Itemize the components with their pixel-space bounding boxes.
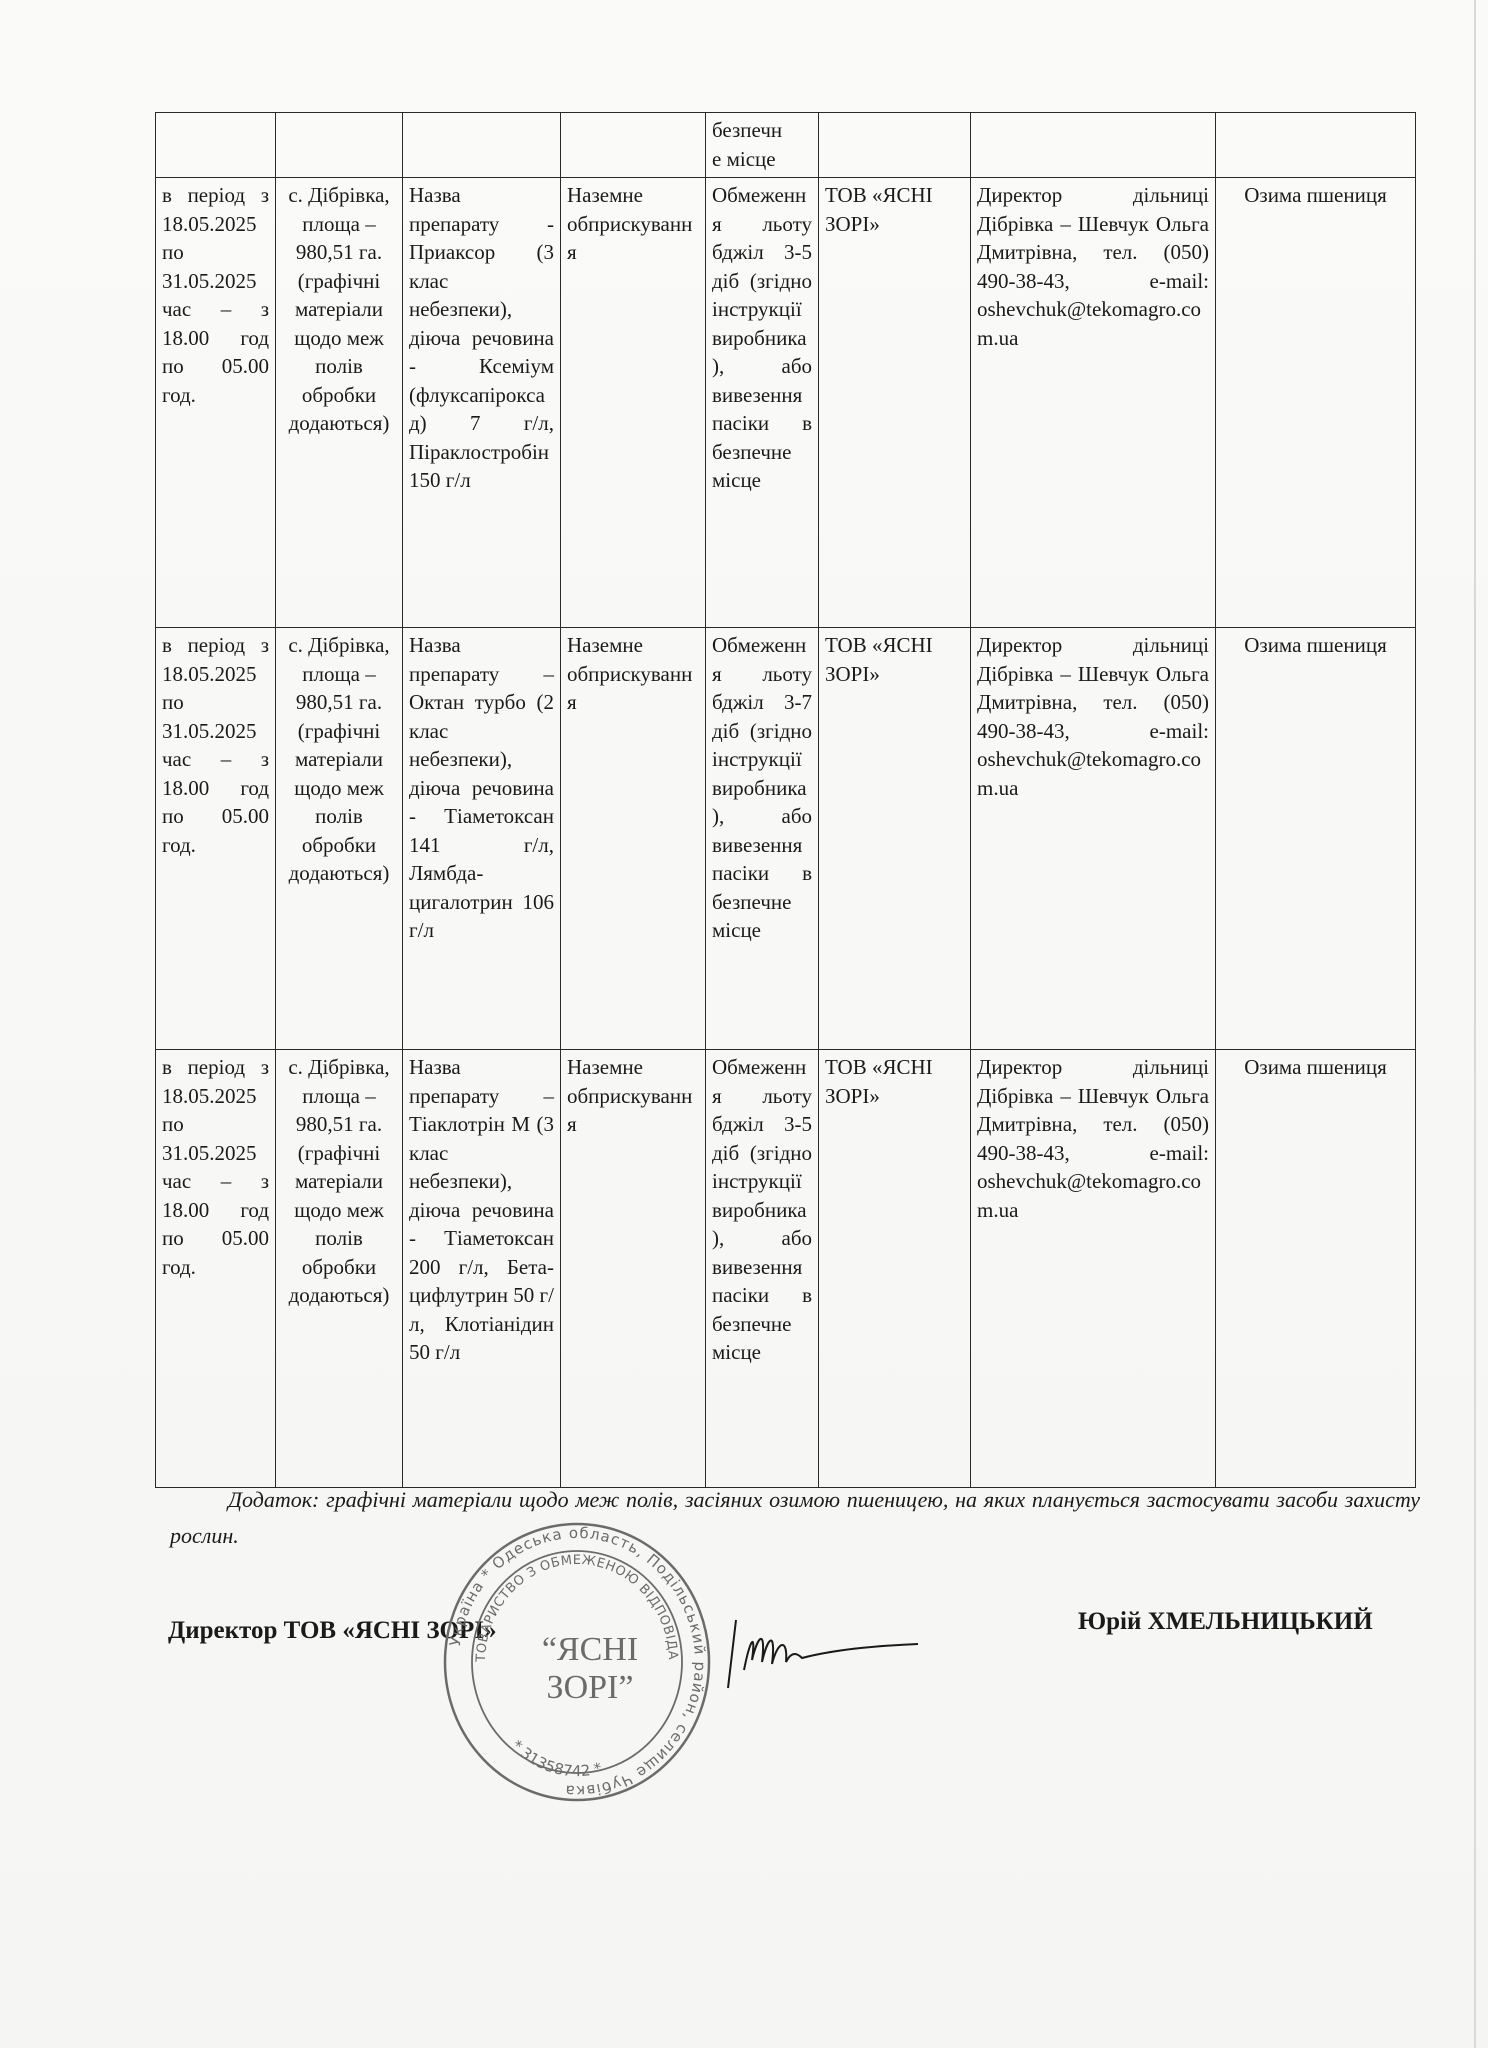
cell (403, 113, 561, 178)
restriction-cell: Обмеження льоту бджіл 3-5 діб (згідно ін… (706, 178, 819, 628)
restriction-cell: Обмеження льоту бджіл 3-5 діб (згідно ін… (706, 1050, 819, 1488)
cell (561, 113, 706, 178)
cell (819, 113, 971, 178)
signatory-name: Юрій ХМЕЛЬНИЦЬКИЙ (1078, 1608, 1373, 1636)
company-cell: ТОВ «ЯСНІ ЗОРІ» (819, 178, 971, 628)
preparation-cell: Назва препарату – Тіаклотрін М (3 клас н… (403, 1050, 561, 1488)
table-row: в період з 18.05.2025 по 31.05.2025 час … (156, 178, 1416, 628)
handwritten-signature-icon (722, 1610, 922, 1690)
table-row: в період з 18.05.2025 по 31.05.2025 час … (156, 628, 1416, 1050)
method-cell: Наземне обприскування (561, 628, 706, 1050)
crop-cell: Озима пшениця (1216, 1050, 1416, 1488)
crop-cell: Озима пшениця (1216, 178, 1416, 628)
svg-text:“ЯСНІ: “ЯСНІ (542, 1631, 638, 1668)
continuation-row: безпечн е місце (156, 113, 1416, 178)
cell (971, 113, 1216, 178)
location-cell: с. Дібрівка, площа – 980,51 га. (графічн… (276, 178, 403, 628)
method-cell: Наземне обприскування (561, 1050, 706, 1488)
company-cell: ТОВ «ЯСНІ ЗОРІ» (819, 1050, 971, 1488)
cell (1216, 113, 1416, 178)
period-cell: в період з 18.05.2025 по 31.05.2025 час … (156, 628, 276, 1050)
location-cell: с. Дібрівка, площа – 980,51 га. (графічн… (276, 628, 403, 1050)
period-cell: в період з 18.05.2025 по 31.05.2025 час … (156, 1050, 276, 1488)
cell (276, 113, 403, 178)
pesticide-application-table: безпечн е місце в період з 18.05.2025 по… (155, 112, 1416, 1488)
restriction-cell: Обмеження льоту бджіл 3-7 діб (згідно ін… (706, 628, 819, 1050)
cell: безпечн е місце (706, 113, 819, 178)
contact-cell: Директор дільниці Дібрівка – Шевчук Ольг… (971, 628, 1216, 1050)
svg-text:ЗОРІ”: ЗОРІ” (547, 1669, 634, 1706)
contact-cell: Директор дільниці Дібрівка – Шевчук Ольг… (971, 1050, 1216, 1488)
company-stamp-icon: Україна * Одеська область, Подільський р… (440, 1520, 715, 1805)
table-row: в період з 18.05.2025 по 31.05.2025 час … (156, 1050, 1416, 1488)
crop-cell: Озима пшениця (1216, 628, 1416, 1050)
method-cell: Наземне обприскування (561, 178, 706, 628)
preparation-cell: Назва препарату – Октан турбо (2 клас не… (403, 628, 561, 1050)
company-cell: ТОВ «ЯСНІ ЗОРІ» (819, 628, 971, 1050)
document-page: безпечн е місце в період з 18.05.2025 по… (0, 0, 1488, 2048)
contact-cell: Директор дільниці Дібрівка – Шевчук Ольг… (971, 178, 1216, 628)
location-cell: с. Дібрівка, площа – 980,51 га. (графічн… (276, 1050, 403, 1488)
scan-edge (1474, 0, 1476, 2048)
cell (156, 113, 276, 178)
period-cell: в період з 18.05.2025 по 31.05.2025 час … (156, 178, 276, 628)
preparation-cell: Назва препарату - Приаксор (3 клас небез… (403, 178, 561, 628)
appendix-note: Додаток: графічні матеріали щодо меж пол… (170, 1482, 1420, 1554)
